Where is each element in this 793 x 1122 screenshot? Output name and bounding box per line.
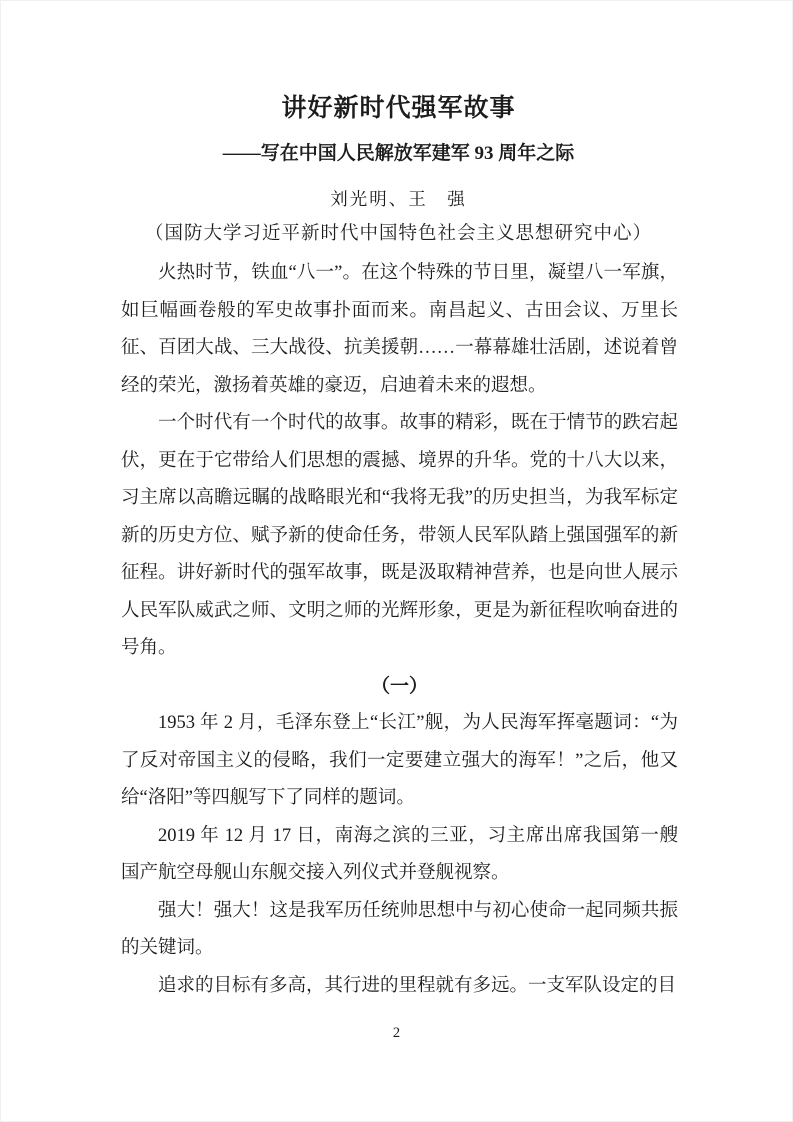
body-paragraph: 2019 年 12 月 17 日，南海之滨的三亚，习主席出席我国第一艘国产航空母…: [121, 818, 678, 893]
body-paragraph: 强大！强大！这是我军历任统帅思想中与初心使命一起同频共振的关键词。: [121, 893, 678, 968]
page-subtitle: ——写在中国人民解放军建军 93 周年之际: [121, 139, 676, 169]
authors-line: 刘光明、王 强: [121, 185, 676, 213]
body-paragraph: 1953 年 2 月，毛泽东登上“长江”舰，为人民海军挥毫题词：“为了反对帝国主…: [121, 705, 678, 818]
document-body: 火热时节，铁血“八一”。在这个特殊的节日里，凝望八一军旗，如巨幅画卷般的军史故事…: [121, 255, 678, 1005]
page-title: 讲好新时代强军故事: [121, 91, 676, 127]
document-page: 讲好新时代强军故事 ——写在中国人民解放军建军 93 周年之际 刘光明、王 强 …: [0, 0, 793, 1122]
affiliation-line: （国防大学习近平新时代中国特色社会主义思想研究中心）: [121, 219, 676, 249]
page-number: 2: [1, 1026, 792, 1041]
section-heading: （一）: [121, 668, 678, 706]
body-paragraph: 火热时节，铁血“八一”。在这个特殊的节日里，凝望八一军旗，如巨幅画卷般的军史故事…: [121, 255, 678, 405]
body-paragraph: 一个时代有一个时代的故事。故事的精彩，既在于情节的跌宕起伏，更在于它带给人们思想…: [121, 405, 678, 668]
body-paragraph: 追求的目标有多高，其行进的里程就有多远。一支军队设定的目: [121, 968, 678, 1006]
